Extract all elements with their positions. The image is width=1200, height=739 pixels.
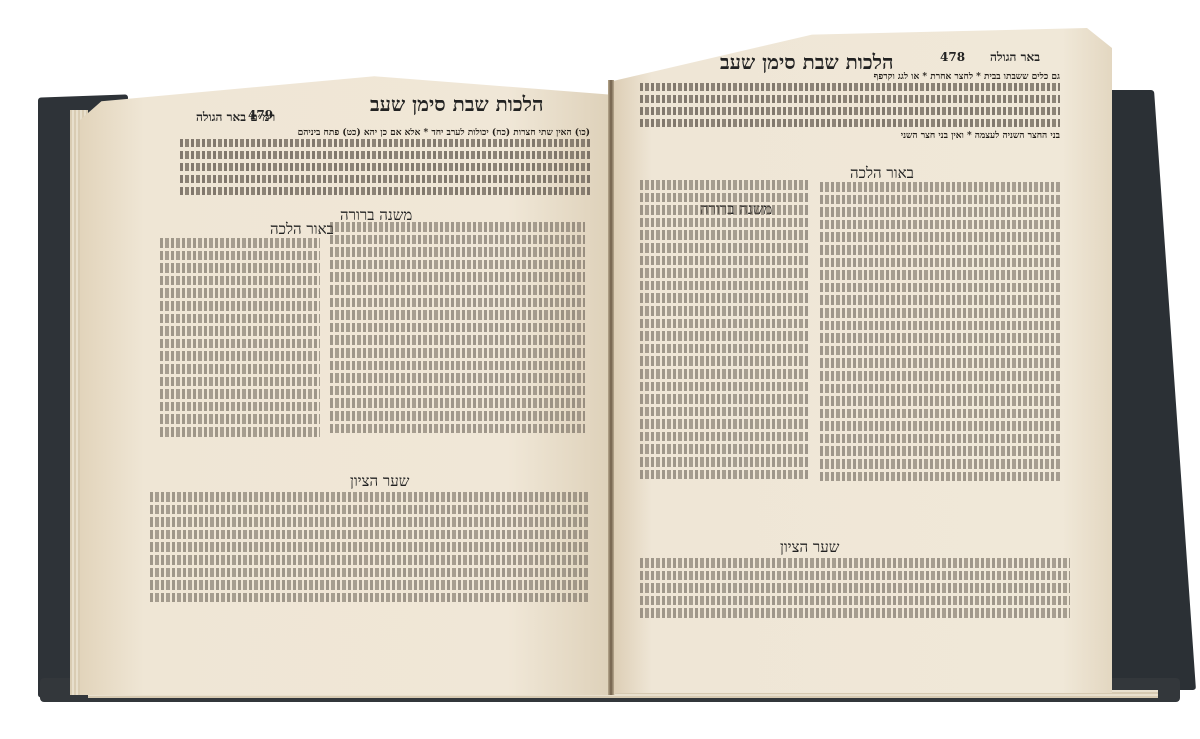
- right-text-line-2: בני החצר השניה לעצמה * ואין בני חצר השני: [640, 131, 1060, 142]
- open-book-photo: הלכות שבת סימן שעב 479 רמ״ם באר הגולה (כ…: [0, 0, 1200, 739]
- book-gutter: [608, 80, 614, 695]
- right-page-side-header: באר הגולה: [990, 50, 1040, 65]
- left-shaar-hatziyun-heading: שער הציון: [350, 472, 409, 491]
- left-biur-halacha-heading: באור הלכה: [270, 220, 334, 239]
- right-page-number: 478: [940, 50, 965, 64]
- left-page-title: הלכות שבת סימן שעב: [370, 92, 544, 117]
- left-mishnah-berurah-column: [330, 222, 585, 462]
- right-mishnah-berurah-column: [640, 180, 810, 520]
- right-biur-halacha-heading: באור הלכה: [850, 164, 914, 183]
- right-main-text: גם כלים ששבתו בבית * לחצר אחרת * או לגג …: [640, 72, 1060, 152]
- left-shaar-hatziyun-text: [150, 492, 590, 612]
- right-shaar-hatziyun-text: [640, 558, 1070, 618]
- right-opening-line: גם כלים ששבתו בבית * לחצר אחרת * או לגג …: [640, 72, 1060, 83]
- left-biur-halacha-column: [160, 238, 320, 458]
- left-opening-line: (כו) האין שתי חצרות (כח) יכולות לערב יחד…: [180, 128, 590, 139]
- left-main-text: (כו) האין שתי חצרות (כח) יכולות לערב יחד…: [180, 128, 590, 208]
- left-page-side-header: רמ״ם באר הגולה: [196, 110, 275, 125]
- right-shaar-hatziyun-heading: שער הציון: [780, 538, 839, 557]
- right-biur-halacha-column: [820, 182, 1060, 522]
